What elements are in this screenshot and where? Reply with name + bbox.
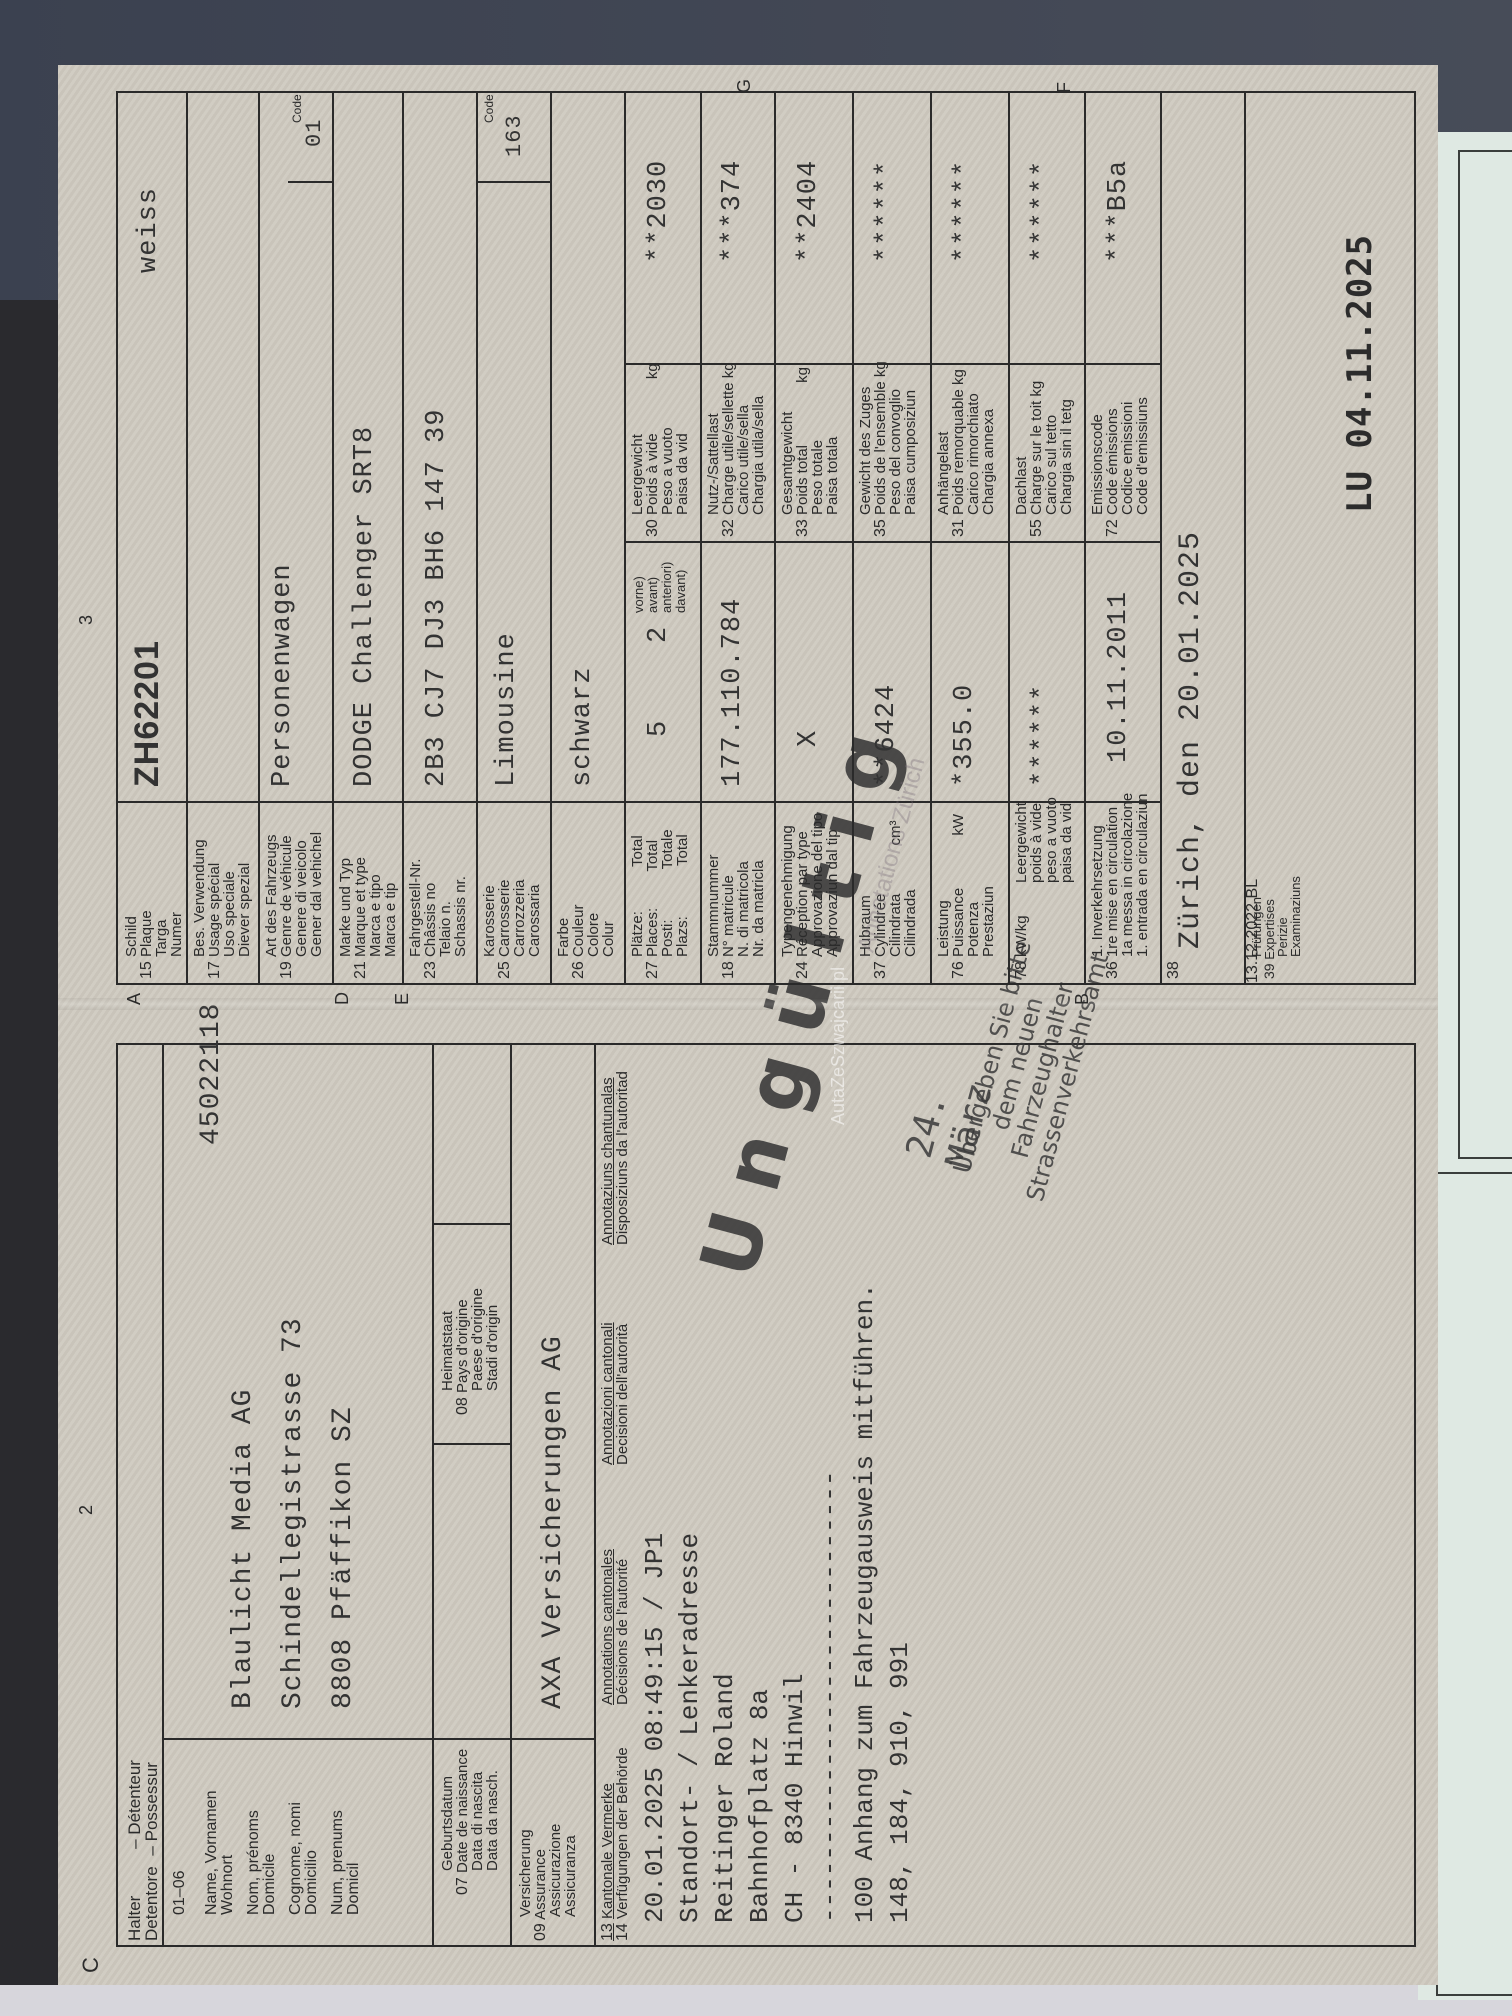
total-weight: **2404: [794, 160, 824, 263]
divider: [432, 1443, 510, 1445]
row-plate: Schild 15 Plaque Targa Numer ZH62201 wei…: [118, 93, 188, 983]
divider: [162, 1738, 434, 1740]
train-weight: ******: [872, 160, 902, 263]
row-regnumber-payload: Stammnummer 18 N° matricule N. di matric…: [700, 93, 776, 983]
cantonal-header-it: Annotazioni cantonaliDecisioni dell'auto…: [600, 1322, 630, 1465]
vehicle-color: schwarz: [568, 667, 598, 787]
section-mark-c: C: [78, 1957, 104, 1973]
row-issued: 38 Zürich, den 20.01.2025: [1160, 93, 1246, 983]
row-power-weight-roof-load: 78 kW/kg Leergewichtpoids à videpeso a v…: [1008, 93, 1086, 983]
power: *355.0: [950, 684, 980, 787]
row-power-trailer-load: Leistung 76 Puissance kW Potenza Prestaz…: [930, 93, 1010, 983]
row-first-registration-emissions: 1. Inverkehrsetzung 36 1re mise en circu…: [1084, 93, 1162, 983]
green-sheet-frame-bottom: [1436, 1172, 1512, 1996]
chassis-number: 2B3 CJ7 DJ3 BH6 147 39: [422, 409, 452, 787]
row-inspections: Prüfungen 39 Expertises Perizie Examinaz…: [1244, 93, 1412, 983]
vehicle-data-box: Schild 15 Plaque Targa Numer ZH62201 wei…: [116, 91, 1416, 985]
issued-place-date: Zürich, den 20.01.2025: [1174, 531, 1208, 949]
page-number-right: 3: [76, 615, 97, 625]
body-type: Limousine: [492, 632, 522, 787]
divider: [432, 1223, 510, 1225]
divider: [510, 1738, 594, 1740]
body-code: 163: [502, 114, 527, 157]
plate-number: ZH62201: [128, 640, 167, 787]
row-chassis: Fahrgestell-Nr. 23 Châssis no Telaio n. …: [402, 93, 478, 983]
holder-city: 8808 Pfäffikon SZ: [328, 1406, 359, 1709]
origin-labels: Heimatstaat 08 Pays d'origine Paese d'or…: [440, 1288, 500, 1415]
make-type: DODGE Challenger SRT8: [350, 426, 380, 787]
inspection-stamp: LU 04.11.2025: [1340, 234, 1380, 513]
row-vehicle-kind: Art des Fahrzeugs 19 Genre de véhicule G…: [258, 93, 334, 983]
birth-labels: Geburtsdatum 07 Date de naissance Data d…: [440, 1749, 500, 1895]
power-weight-ratio: ******: [1028, 684, 1058, 787]
holder-number: 45022118: [196, 1003, 227, 1145]
background-bottom-edge: [0, 1985, 1512, 2016]
section-mark-a: A: [124, 993, 145, 1005]
vehicle-registration-document: C 2 Halter – Détenteur Detentore – Posse…: [58, 65, 1438, 1985]
displacement: **6424: [872, 684, 902, 787]
insurance-labels: Versicherung 09 Assurance Assicurazione …: [518, 1824, 578, 1941]
divider: [594, 1045, 596, 1945]
row-make-type: Marke und Typ 21 Marque et type Marca e …: [332, 93, 404, 983]
section-mark-b: B: [1072, 993, 1093, 1005]
green-sheet-frame-top: [1458, 150, 1512, 1159]
registration-number: 177.110.784: [718, 598, 748, 787]
type-approval: X: [794, 730, 824, 747]
inspection-date: 13.12.2022 BL: [1244, 93, 1262, 983]
holder-street: Schindellegistrasse 73: [278, 1317, 309, 1709]
holder-field-number: 01–06: [172, 1871, 188, 1916]
row-special-use: Bes. Verwendung 17 Usage spécial Uso spe…: [186, 93, 260, 983]
cantonal-header-fr: Annotations cantonalesDécisions de l'aut…: [600, 1549, 630, 1705]
payload: ***374: [718, 160, 748, 263]
plate-color: weiss: [134, 187, 164, 273]
cantonal-header-rm: Annotaziuns chantunalasDisposiziuns da l…: [600, 1071, 630, 1245]
empty-weight: **2030: [644, 160, 674, 263]
seats-front-labels: vorne)avant)anteriori)davant): [632, 562, 688, 613]
row-body: Karosserie 25 Carrosserie Carrozzeria Ca…: [476, 93, 552, 983]
divider: [432, 1738, 510, 1740]
emission-code: ***B5a: [1104, 160, 1134, 263]
page-left: C 2 Halter – Détenteur Detentore – Posse…: [58, 1005, 1438, 1985]
page-right: 3 A D E B G F Schild 15 Plaque Targa Num…: [58, 65, 1438, 1005]
section-mark-d: D: [332, 992, 353, 1005]
divider: [510, 1045, 512, 1945]
holder-name: Blaulicht Media AG: [228, 1389, 259, 1709]
divider: [432, 1045, 434, 1945]
seats-front: 2: [644, 626, 674, 643]
first-registration-date: 10.11.2011: [1104, 591, 1134, 763]
seats-total: 5: [644, 720, 674, 737]
row-seats-empty-weight: Plätze: Total 27 Places: Total Posti: To…: [624, 93, 702, 983]
vehicle-kind-code: 01: [302, 119, 327, 147]
row-color: Farbe 26 Couleur Colore Colur schwarz: [550, 93, 626, 983]
trailer-load: ******: [950, 160, 980, 263]
insurance-value: AXA Versicherungen AG: [538, 1335, 569, 1709]
divider: [162, 1045, 164, 1945]
vehicle-kind: Personenwagen: [268, 563, 298, 787]
page-number-left: 2: [76, 1505, 97, 1515]
cantonal-header-de: 13 Kantonale Vermerke 14 Verfügungen der…: [600, 1747, 630, 1941]
section-mark-e: E: [392, 993, 413, 1005]
holder-header: Halter – Détenteur Detentore – Possessur: [126, 1760, 160, 1941]
cantonal-annotations: 20.01.2025 08:49:15 / JP1 Standort- / Le…: [638, 1283, 918, 1923]
roof-load: ******: [1028, 160, 1058, 263]
holder-labels: Name, VornamenWohnort Nom, prénomsDomici…: [204, 1790, 362, 1915]
row-approval-total-weight: Typengenehmigung 24 Réception par type A…: [774, 93, 854, 983]
